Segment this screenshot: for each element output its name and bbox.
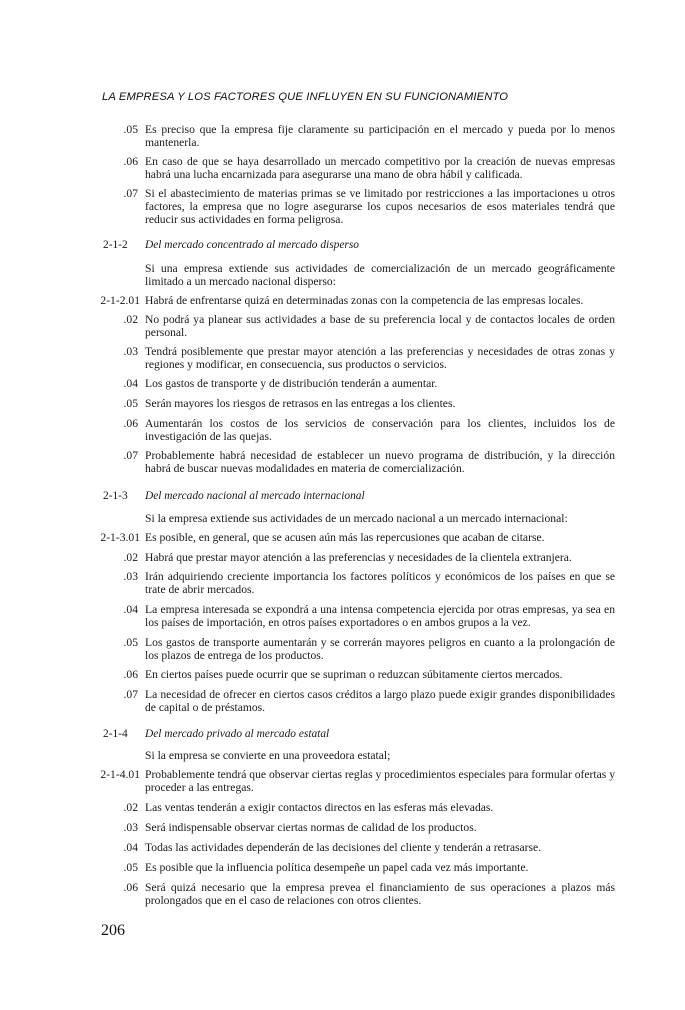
- item-text: Todas las actividades dependerán de las …: [145, 841, 615, 854]
- item-number: .05: [90, 397, 138, 410]
- item-number: .05: [90, 861, 138, 874]
- item-text: No podrá ya planear sus actividades a ba…: [145, 313, 615, 339]
- item-number: .03: [90, 345, 138, 358]
- item-number: .04: [90, 377, 138, 390]
- item-text: La necesidad de ofrecer en ciertos casos…: [145, 688, 615, 714]
- item-text: Las ventas tenderán a exigir contactos d…: [145, 801, 615, 814]
- item-number: .06: [90, 417, 138, 430]
- item-number: .05: [90, 123, 138, 136]
- item-text: Probablemente tendrá que observar cierta…: [145, 768, 615, 794]
- item-number: .07: [90, 449, 138, 462]
- item-number: .06: [90, 881, 138, 894]
- item-text: Es posible, en general, que se acusen aú…: [145, 531, 615, 544]
- item-number: .02: [90, 551, 138, 564]
- section-intro: Si la empresa extiende sus actividades d…: [145, 512, 615, 525]
- item-number: 2-1-4.01: [86, 768, 140, 781]
- item-text: Irán adquiriendo creciente importancia l…: [145, 570, 615, 596]
- item-number: .03: [90, 821, 138, 834]
- section-number: 2-1-2: [103, 239, 128, 252]
- item-number: .02: [90, 313, 138, 326]
- section-intro: Si la empresa se convierte en una provee…: [145, 749, 615, 762]
- running-head: LA EMPRESA Y LOS FACTORES QUE INFLUYEN E…: [102, 91, 622, 103]
- item-number: .05: [90, 636, 138, 649]
- section-title: Del mercado concentrado al mercado dispe…: [145, 239, 359, 252]
- document-page: LA EMPRESA Y LOS FACTORES QUE INFLUYEN E…: [0, 0, 685, 1010]
- item-number: 2-1-3.01: [86, 531, 140, 544]
- item-number: .04: [90, 841, 138, 854]
- item-text: En ciertos países puede ocurrir que se s…: [145, 668, 615, 681]
- section-number: 2-1-4: [103, 728, 128, 741]
- item-text: Si el abastecimiento de materias primas …: [145, 187, 615, 227]
- item-text: Es preciso que la empresa fije clarament…: [145, 123, 615, 149]
- item-text: Probablemente habrá necesidad de estable…: [145, 449, 615, 475]
- item-text: Serán mayores los riesgos de retrasos en…: [145, 397, 615, 410]
- item-text: Habrá de enfrentarse quizá en determinad…: [145, 294, 615, 307]
- page-number: 206: [101, 922, 125, 940]
- section-intro: Si una empresa extiende sus actividades …: [145, 262, 615, 288]
- item-text: Habrá que prestar mayor atención a las p…: [145, 551, 615, 564]
- item-text: Tendrá posiblemente que prestar mayor at…: [145, 345, 615, 371]
- section-title: Del mercado nacional al mercado internac…: [145, 490, 365, 503]
- item-text: Será indispensable observar ciertas norm…: [145, 821, 615, 834]
- item-number: .06: [90, 155, 138, 168]
- item-number: .02: [90, 801, 138, 814]
- item-text: La empresa interesada se expondrá a una …: [145, 603, 615, 629]
- item-number: 2-1-2.01: [86, 294, 140, 307]
- section-number: 2-1-3: [103, 490, 128, 503]
- item-text: Los gastos de transporte aumentarán y se…: [145, 636, 615, 662]
- item-text: Es posible que la influencia política de…: [145, 861, 615, 874]
- item-number: .06: [90, 668, 138, 681]
- item-text: Será quizá necesario que la empresa prev…: [145, 881, 615, 907]
- item-number: .07: [90, 688, 138, 701]
- item-number: .04: [90, 603, 138, 616]
- section-title: Del mercado privado al mercado estatal: [145, 728, 329, 741]
- item-text: En caso de que se haya desarrollado un m…: [145, 155, 615, 181]
- item-text: Aumentarán los costos de los servicios d…: [145, 417, 615, 443]
- item-number: .07: [90, 187, 138, 200]
- item-text: Los gastos de transporte y de distribuci…: [145, 377, 615, 390]
- item-number: .03: [90, 570, 138, 583]
